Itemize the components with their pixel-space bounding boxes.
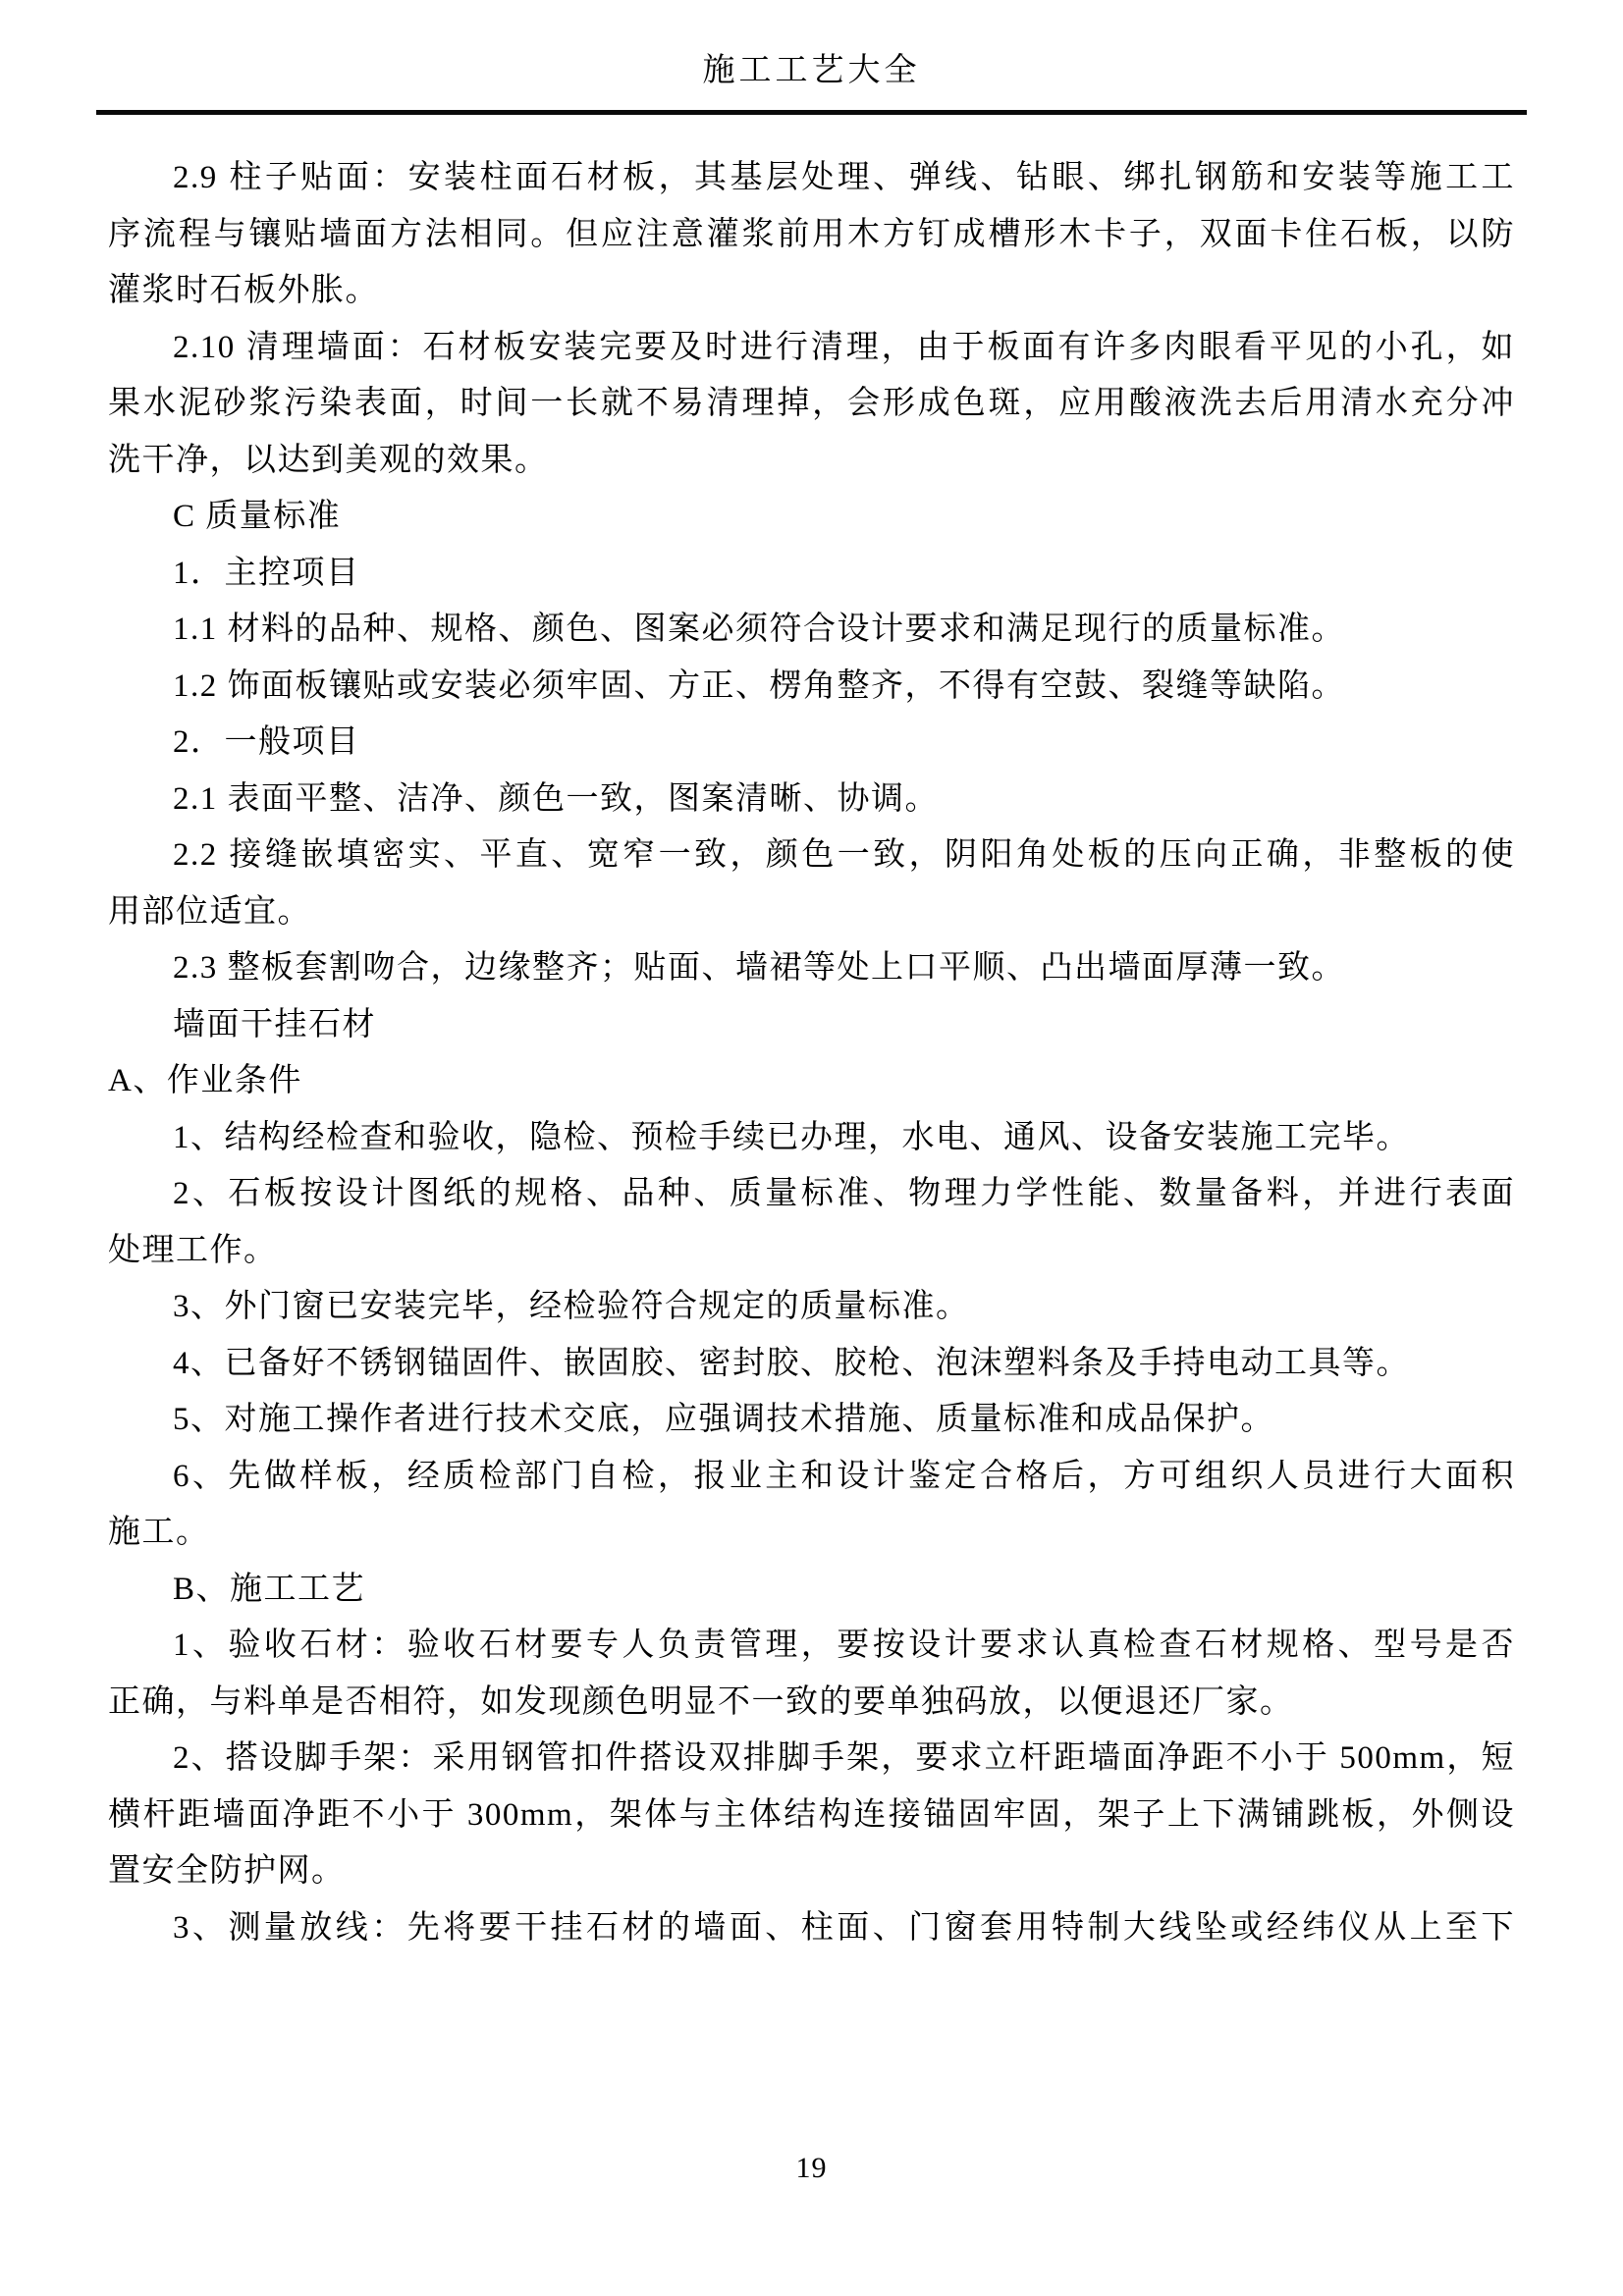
text-line: 用部位适宜。 — [108, 884, 1515, 941]
paragraph: 2．一般项目 — [108, 715, 1515, 772]
text-line: 2.9 柱子贴面：安装柱面石材板，其基层处理、弹线、钻眼、绑扎钢筋和安装等施工工 — [108, 150, 1515, 207]
paragraph: 2.9 柱子贴面：安装柱面石材板，其基层处理、弹线、钻眼、绑扎钢筋和安装等施工工… — [108, 150, 1515, 320]
paragraph: 4、已备好不锈钢锚固件、嵌固胶、密封胶、胶枪、泡沫塑料条及手持电动工具等。 — [108, 1336, 1515, 1393]
page-header: 施工工艺大全 — [0, 0, 1623, 90]
text-line: 置安全防护网。 — [108, 1843, 1515, 1900]
paragraph: 2.3 整板套割吻合，边缘整齐；贴面、墙裙等处上口平顺、凸出墙面厚薄一致。 — [108, 940, 1515, 997]
paragraph: 3、测量放线：先将要干挂石材的墙面、柱面、门窗套用特制大线坠或经纬仪从上至下 — [108, 1900, 1515, 1957]
paragraph: 2、搭设脚手架：采用钢管扣件搭设双排脚手架，要求立杆距墙面净距不小于 500mm… — [108, 1731, 1515, 1900]
text-line: 果水泥砂浆污染表面，时间一长就不易清理掉，会形成色斑，应用酸液洗去后用清水充分冲 — [108, 376, 1515, 433]
paragraph: B、施工工艺 — [108, 1562, 1515, 1619]
text-line: 1、验收石材：验收石材要专人负责管理，要按设计要求认真检查石材规格、型号是否 — [108, 1618, 1515, 1675]
text-line: B、施工工艺 — [108, 1562, 1515, 1619]
paragraph: 1.2 饰面板镶贴或安装必须牢固、方正、楞角整齐，不得有空鼓、裂缝等缺陷。 — [108, 659, 1515, 716]
page-number: 19 — [796, 2152, 828, 2184]
text-line: 处理工作。 — [108, 1223, 1515, 1280]
paragraph: 墙面干挂石材 — [108, 997, 1515, 1054]
text-line: 3、外门窗已安装完毕，经检验符合规定的质量标准。 — [108, 1279, 1515, 1336]
text-line: 2.1 表面平整、洁净、颜色一致，图案清晰、协调。 — [108, 772, 1515, 828]
text-line: 2、搭设脚手架：采用钢管扣件搭设双排脚手架，要求立杆距墙面净距不小于 500mm… — [108, 1731, 1515, 1788]
text-line: 5、对施工操作者进行技术交底，应强调技术措施、质量标准和成品保护。 — [108, 1392, 1515, 1449]
paragraph: 6、先做样板，经质检部门自检，报业主和设计鉴定合格后，方可组织人员进行大面积施工… — [108, 1449, 1515, 1562]
text-line: 4、已备好不锈钢锚固件、嵌固胶、密封胶、胶枪、泡沫塑料条及手持电动工具等。 — [108, 1336, 1515, 1393]
text-line: 序流程与镶贴墙面方法相同。但应注意灌浆前用木方钉成槽形木卡子，双面卡住石板，以防 — [108, 207, 1515, 264]
text-line: 墙面干挂石材 — [108, 997, 1515, 1054]
paragraph: 1．主控项目 — [108, 546, 1515, 603]
paragraph: C 质量标准 — [108, 489, 1515, 546]
paragraph: A、作业条件 — [108, 1053, 1515, 1110]
document-page: 施工工艺大全 2.9 柱子贴面：安装柱面石材板，其基层处理、弹线、钻眼、绑扎钢筋… — [0, 0, 1623, 2296]
text-line: C 质量标准 — [108, 489, 1515, 546]
paragraph: 5、对施工操作者进行技术交底，应强调技术措施、质量标准和成品保护。 — [108, 1392, 1515, 1449]
paragraph: 2、石板按设计图纸的规格、品种、质量标准、物理力学性能、数量备料，并进行表面处理… — [108, 1166, 1515, 1279]
text-line: 2.3 整板套割吻合，边缘整齐；贴面、墙裙等处上口平顺、凸出墙面厚薄一致。 — [108, 940, 1515, 997]
header-divider — [96, 110, 1527, 115]
paragraph: 2.2 接缝嵌填密实、平直、宽窄一致，颜色一致，阴阳角处板的压向正确，非整板的使… — [108, 828, 1515, 940]
text-line: 6、先做样板，经质检部门自检，报业主和设计鉴定合格后，方可组织人员进行大面积 — [108, 1449, 1515, 1506]
document-body: 2.9 柱子贴面：安装柱面石材板，其基层处理、弹线、钻眼、绑扎钢筋和安装等施工工… — [108, 150, 1515, 1956]
text-line: 1.1 材料的品种、规格、颜色、图案必须符合设计要求和满足现行的质量标准。 — [108, 602, 1515, 659]
text-line: 1、结构经检查和验收，隐检、预检手续已办理，水电、通风、设备安装施工完毕。 — [108, 1110, 1515, 1167]
text-line: A、作业条件 — [108, 1053, 1515, 1110]
paragraph: 1.1 材料的品种、规格、颜色、图案必须符合设计要求和满足现行的质量标准。 — [108, 602, 1515, 659]
text-line: 2．一般项目 — [108, 715, 1515, 772]
text-line: 1.2 饰面板镶贴或安装必须牢固、方正、楞角整齐，不得有空鼓、裂缝等缺陷。 — [108, 659, 1515, 716]
text-line: 洗干净，以达到美观的效果。 — [108, 433, 1515, 490]
text-line: 灌浆时石板外胀。 — [108, 263, 1515, 320]
paragraph: 1、验收石材：验收石材要专人负责管理，要按设计要求认真检查石材规格、型号是否正确… — [108, 1618, 1515, 1731]
paragraph: 2.1 表面平整、洁净、颜色一致，图案清晰、协调。 — [108, 772, 1515, 828]
page-header-title: 施工工艺大全 — [703, 53, 921, 88]
paragraph: 1、结构经检查和验收，隐检、预检手续已办理，水电、通风、设备安装施工完毕。 — [108, 1110, 1515, 1167]
text-line: 1．主控项目 — [108, 546, 1515, 603]
paragraph: 2.10 清理墙面：石材板安装完要及时进行清理，由于板面有许多肉眼看平见的小孔，… — [108, 320, 1515, 490]
text-line: 施工。 — [108, 1505, 1515, 1562]
text-line: 3、测量放线：先将要干挂石材的墙面、柱面、门窗套用特制大线坠或经纬仪从上至下 — [108, 1900, 1515, 1957]
text-line: 2.10 清理墙面：石材板安装完要及时进行清理，由于板面有许多肉眼看平见的小孔，… — [108, 320, 1515, 377]
text-line: 横杆距墙面净距不小于 300mm，架体与主体结构连接锚固牢固，架子上下满铺跳板，… — [108, 1788, 1515, 1844]
paragraph: 3、外门窗已安装完毕，经检验符合规定的质量标准。 — [108, 1279, 1515, 1336]
text-line: 2.2 接缝嵌填密实、平直、宽窄一致，颜色一致，阴阳角处板的压向正确，非整板的使 — [108, 828, 1515, 884]
text-line: 2、石板按设计图纸的规格、品种、质量标准、物理力学性能、数量备料，并进行表面 — [108, 1166, 1515, 1223]
text-line: 正确，与料单是否相符，如发现颜色明显不一致的要单独码放，以便退还厂家。 — [108, 1675, 1515, 1732]
page-footer: 19 — [0, 2152, 1623, 2185]
